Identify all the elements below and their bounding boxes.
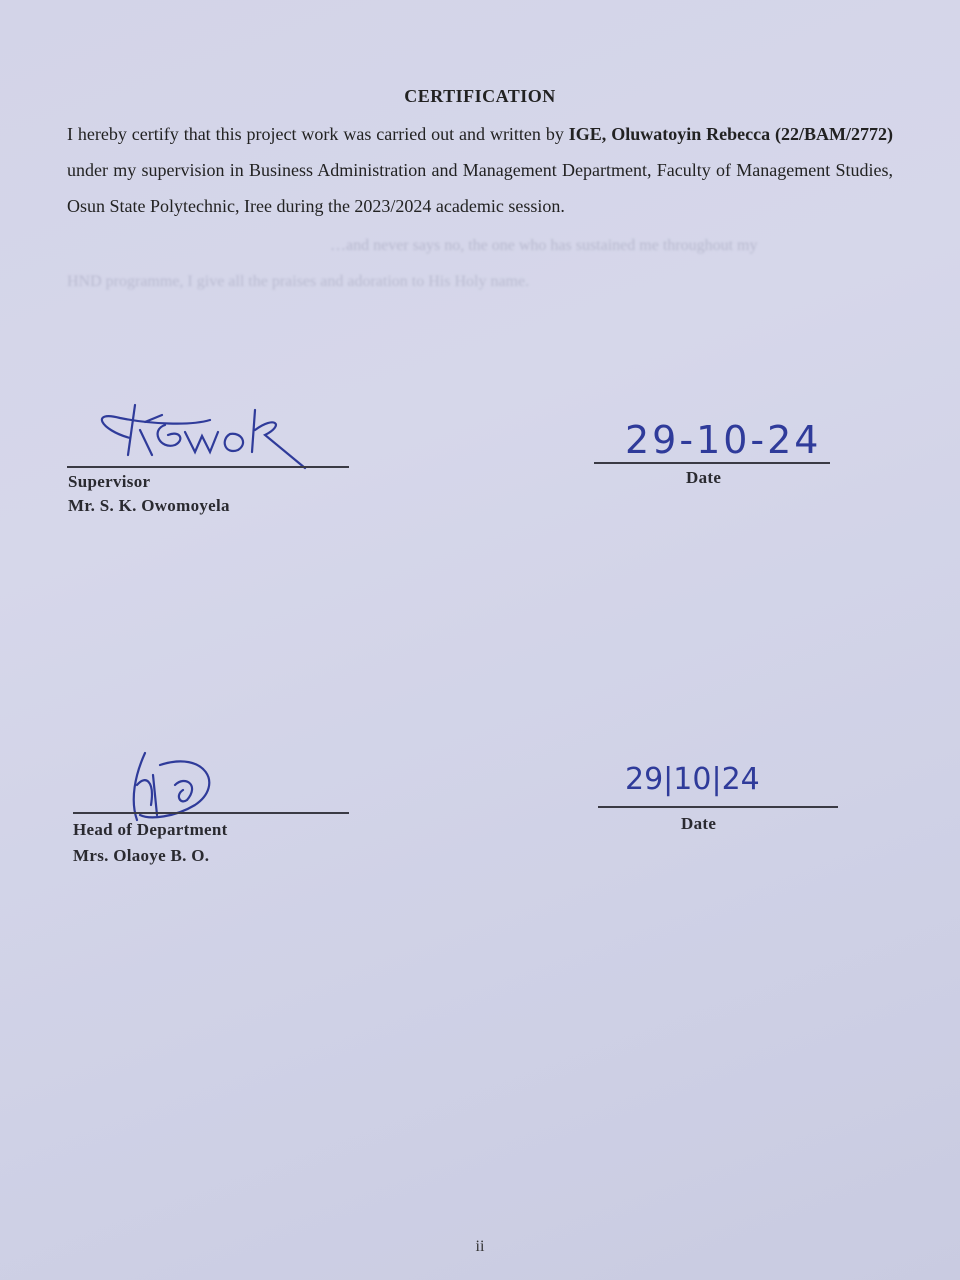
hod-label: Head of Department xyxy=(73,820,228,840)
paragraph-intro: I hereby certify that this project work … xyxy=(67,124,569,144)
document-page: CERTIFICATION …and never says no, the on… xyxy=(0,0,960,1280)
supervisor-date-line xyxy=(594,462,830,464)
bleed-through-text-line-2: HND programme, I give all the praises an… xyxy=(67,264,767,300)
hod-date-label: Date xyxy=(681,814,716,834)
hod-name: Mrs. Olaoye B. O. xyxy=(73,846,209,866)
supervisor-label: Supervisor xyxy=(68,472,150,492)
supervisor-date-handwritten: 29-10-24 xyxy=(625,418,821,462)
supervisor-name: Mr. S. K. Owomoyela xyxy=(68,496,230,516)
student-name: IGE, Oluwatoyin Rebecca xyxy=(569,124,770,144)
page-number: ii xyxy=(0,1238,960,1256)
hod-date-handwritten: 29|10|24 xyxy=(625,762,760,797)
hod-signature-line xyxy=(73,812,349,814)
page-title: CERTIFICATION xyxy=(0,86,960,107)
matric-number: (22/BAM/2772) xyxy=(775,124,893,144)
bleed-through-text-line-1: …and never says no, the one who has sust… xyxy=(330,228,900,264)
hod-date-line xyxy=(598,806,838,808)
certification-paragraph: I hereby certify that this project work … xyxy=(67,116,893,224)
supervisor-date-label: Date xyxy=(686,468,721,488)
supervisor-signature xyxy=(90,400,350,470)
paragraph-rest: under my supervision in Business Adminis… xyxy=(67,160,893,216)
supervisor-signature-line xyxy=(67,466,349,468)
